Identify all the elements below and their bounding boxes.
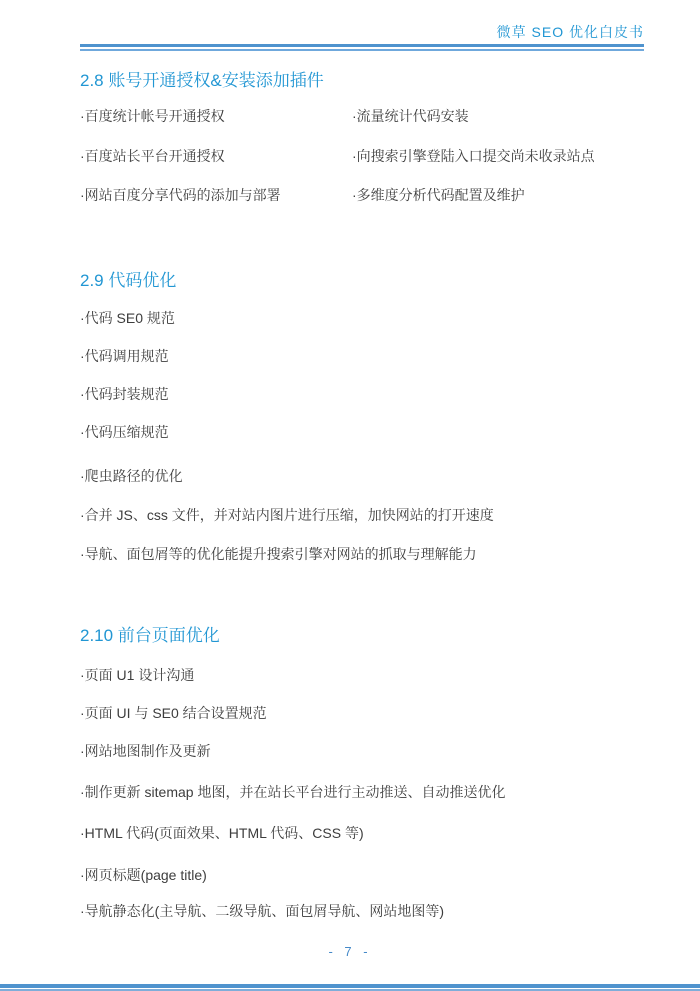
list-item: ·代码压缩规范 xyxy=(80,424,169,441)
list-item: ·合并 JS、css 文件，并对站内图片进行压缩，加快网站的打开速度 xyxy=(80,507,494,524)
list-item: ·页面 U1 设计沟通 xyxy=(80,667,194,684)
list-item: ·导航静态化(主导航、二级导航、面包屑导航、网站地图等) xyxy=(80,903,444,920)
list-item: ·页面 UI 与 SE0 结合设置规范 xyxy=(80,705,267,722)
document-page: 微草 SEO 优化白皮书 2.8 账号开通授权&安装添加插件 ·百度统计帐号开通… xyxy=(0,0,700,991)
header-rule xyxy=(80,44,644,51)
section-heading-2-8: 2.8 账号开通授权&安装添加插件 xyxy=(80,66,324,91)
list-item: ·百度统计帐号开通授权 xyxy=(80,108,225,125)
section-heading-2-10: 2.10 前台页面优化 xyxy=(80,621,220,646)
header-title: 微草 SEO 优化白皮书 xyxy=(497,22,644,42)
list-item: ·网站地图制作及更新 xyxy=(80,743,211,760)
list-item: ·导航、面包屑等的优化能提升搜索引擎对网站的抓取与理解能力 xyxy=(80,546,477,563)
list-item: ·向搜索引擎登陆入口提交尚未收录站点 xyxy=(352,148,595,165)
list-item: ·百度站长平台开通授权 xyxy=(80,148,225,165)
footer-page-number: - 7 - xyxy=(0,944,700,959)
list-item: ·流量统计代码安装 xyxy=(352,108,469,125)
list-item: ·爬虫路径的优化 xyxy=(80,468,183,485)
list-item: ·制作更新 sitemap 地图，并在站长平台进行主动推送、自动推送优化 xyxy=(80,784,505,801)
list-item: ·网站百度分享代码的添加与部署 xyxy=(80,187,281,204)
section-heading-2-9: 2.9 代码优化 xyxy=(80,266,176,291)
list-item: ·代码调用规范 xyxy=(80,348,169,365)
list-item: ·代码 SE0 规范 xyxy=(80,310,175,327)
footer-rule xyxy=(0,984,700,991)
list-item: ·代码封装规范 xyxy=(80,386,169,403)
list-item: ·HTML 代码(页面效果、HTML 代码、CSS 等) xyxy=(80,825,364,842)
header-rule-thin-line xyxy=(80,49,644,51)
list-item: ·网页标题(page title) xyxy=(80,867,207,884)
list-item: ·多维度分析代码配置及维护 xyxy=(352,187,525,204)
